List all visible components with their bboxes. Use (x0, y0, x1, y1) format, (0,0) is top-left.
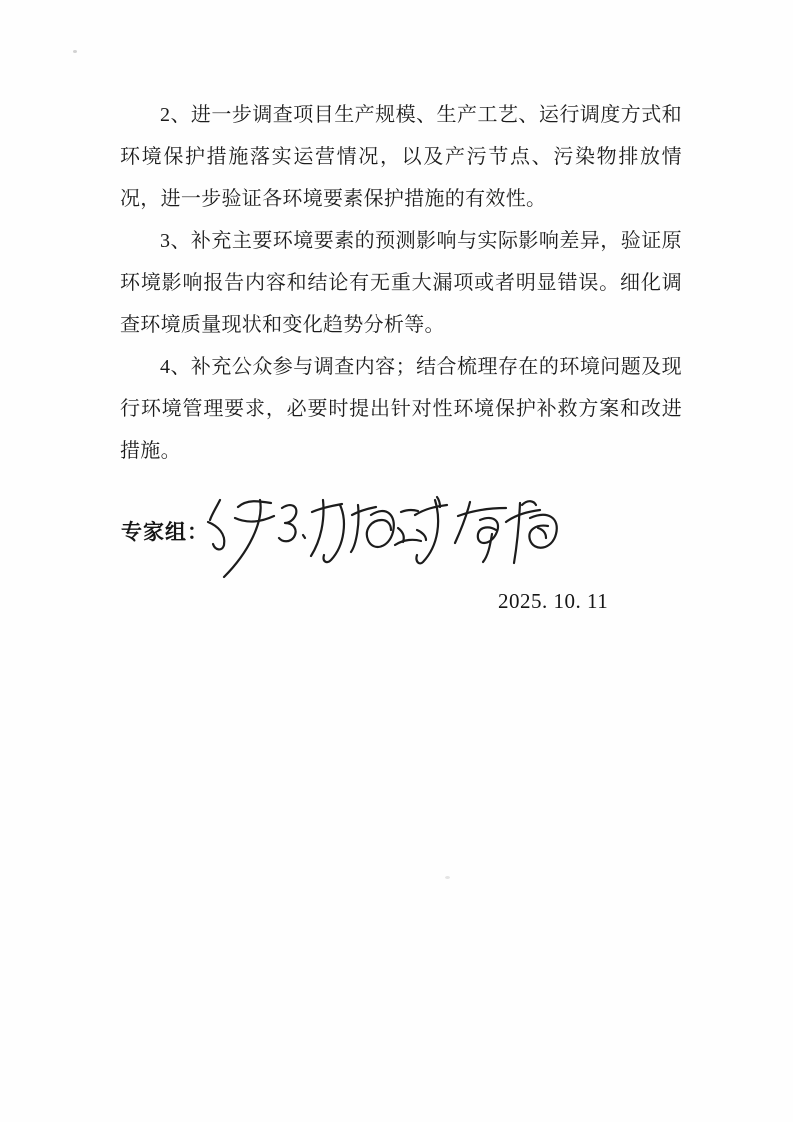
paragraph-item-4: 4、补充公众参与调查内容；结合梳理存在的环境问题及现行环境管理要求，必要时提出针… (120, 346, 682, 472)
document-body: 2、进一步调查项目生产规模、生产工艺、运行调度方式和环境保护措施落实运营情况，以… (120, 94, 682, 472)
signature-expert-2 (455, 501, 557, 563)
paragraph-item-3: 3、补充主要环境要素的预测影响与实际影响差异，验证原环境影响报告内容和结论有无重… (120, 220, 682, 346)
scan-speck (73, 50, 77, 53)
paragraph-item-2: 2、进一步调查项目生产规模、生产工艺、运行调度方式和环境保护措施落实运营情况，以… (120, 94, 682, 220)
handwritten-signatures (165, 478, 585, 588)
date: 2025. 10. 11 (498, 589, 608, 614)
scan-speck (445, 876, 450, 879)
signature-expert-1 (208, 497, 447, 577)
scanned-document-page: 2、进一步调查项目生产规模、生产工艺、运行调度方式和环境保护措施落实运营情况，以… (0, 0, 793, 1122)
